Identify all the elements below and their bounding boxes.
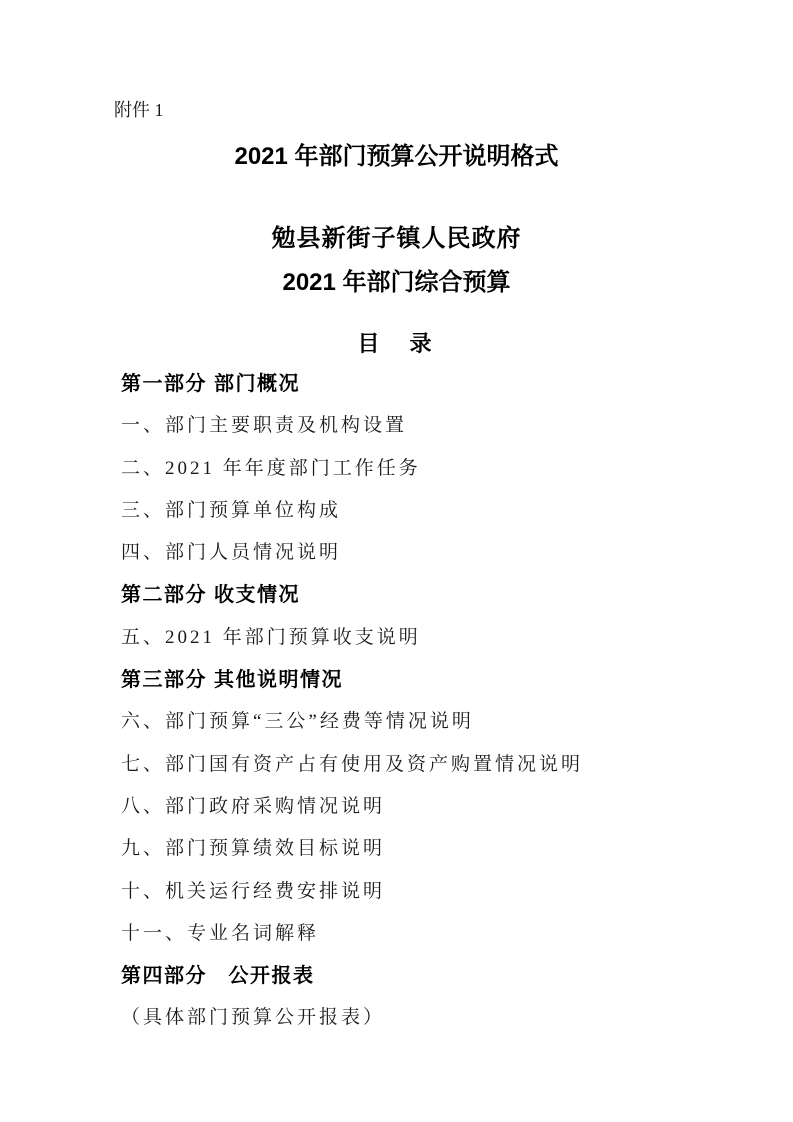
toc-heading: 目 录 (0, 331, 793, 357)
toc-item-3: 三、部门预算单位构成 (121, 490, 693, 532)
toc-item-7: 七、部门国有资产占有使用及资产购置情况说明 (121, 744, 693, 786)
toc-item-5: 五、2021 年部门预算收支说明 (121, 617, 693, 659)
toc-section-part-3: 第三部分 其他说明情况 (121, 659, 693, 701)
toc-item-4: 四、部门人员情况说明 (121, 532, 693, 574)
toc-section-part-1: 第一部分 部门概况 (121, 363, 693, 405)
document-page: 附件 1 2021 年部门预算公开说明格式 勉县新街子镇人民政府 2021 年部… (0, 0, 793, 1122)
attachment-label: 附件 1 (114, 101, 164, 121)
toc-item-2: 二、2021 年年度部门工作任务 (121, 448, 693, 490)
toc-item-10: 十、机关运行经费安排说明 (121, 871, 693, 913)
toc-section-part-4: 第四部分 公开报表 (121, 955, 693, 997)
organization-name: 勉县新街子镇人民政府 (0, 225, 793, 254)
toc-item-11: 十一、专业名词解释 (121, 913, 693, 955)
toc-section-part-2: 第二部分 收支情况 (121, 574, 693, 616)
toc-item-1: 一、部门主要职责及机构设置 (121, 405, 693, 447)
toc-item-9: 九、部门预算绩效目标说明 (121, 828, 693, 870)
toc-item-6: 六、部门预算“三公”经费等情况说明 (121, 701, 693, 743)
toc-list: 第一部分 部门概况 一、部门主要职责及机构设置 二、2021 年年度部门工作任务… (121, 363, 693, 1040)
budget-subtitle: 2021 年部门综合预算 (0, 269, 793, 298)
toc-note-reports: （具体部门预算公开报表） (121, 997, 693, 1039)
toc-item-8: 八、部门政府采购情况说明 (121, 786, 693, 828)
document-title: 2021 年部门预算公开说明格式 (0, 143, 793, 172)
